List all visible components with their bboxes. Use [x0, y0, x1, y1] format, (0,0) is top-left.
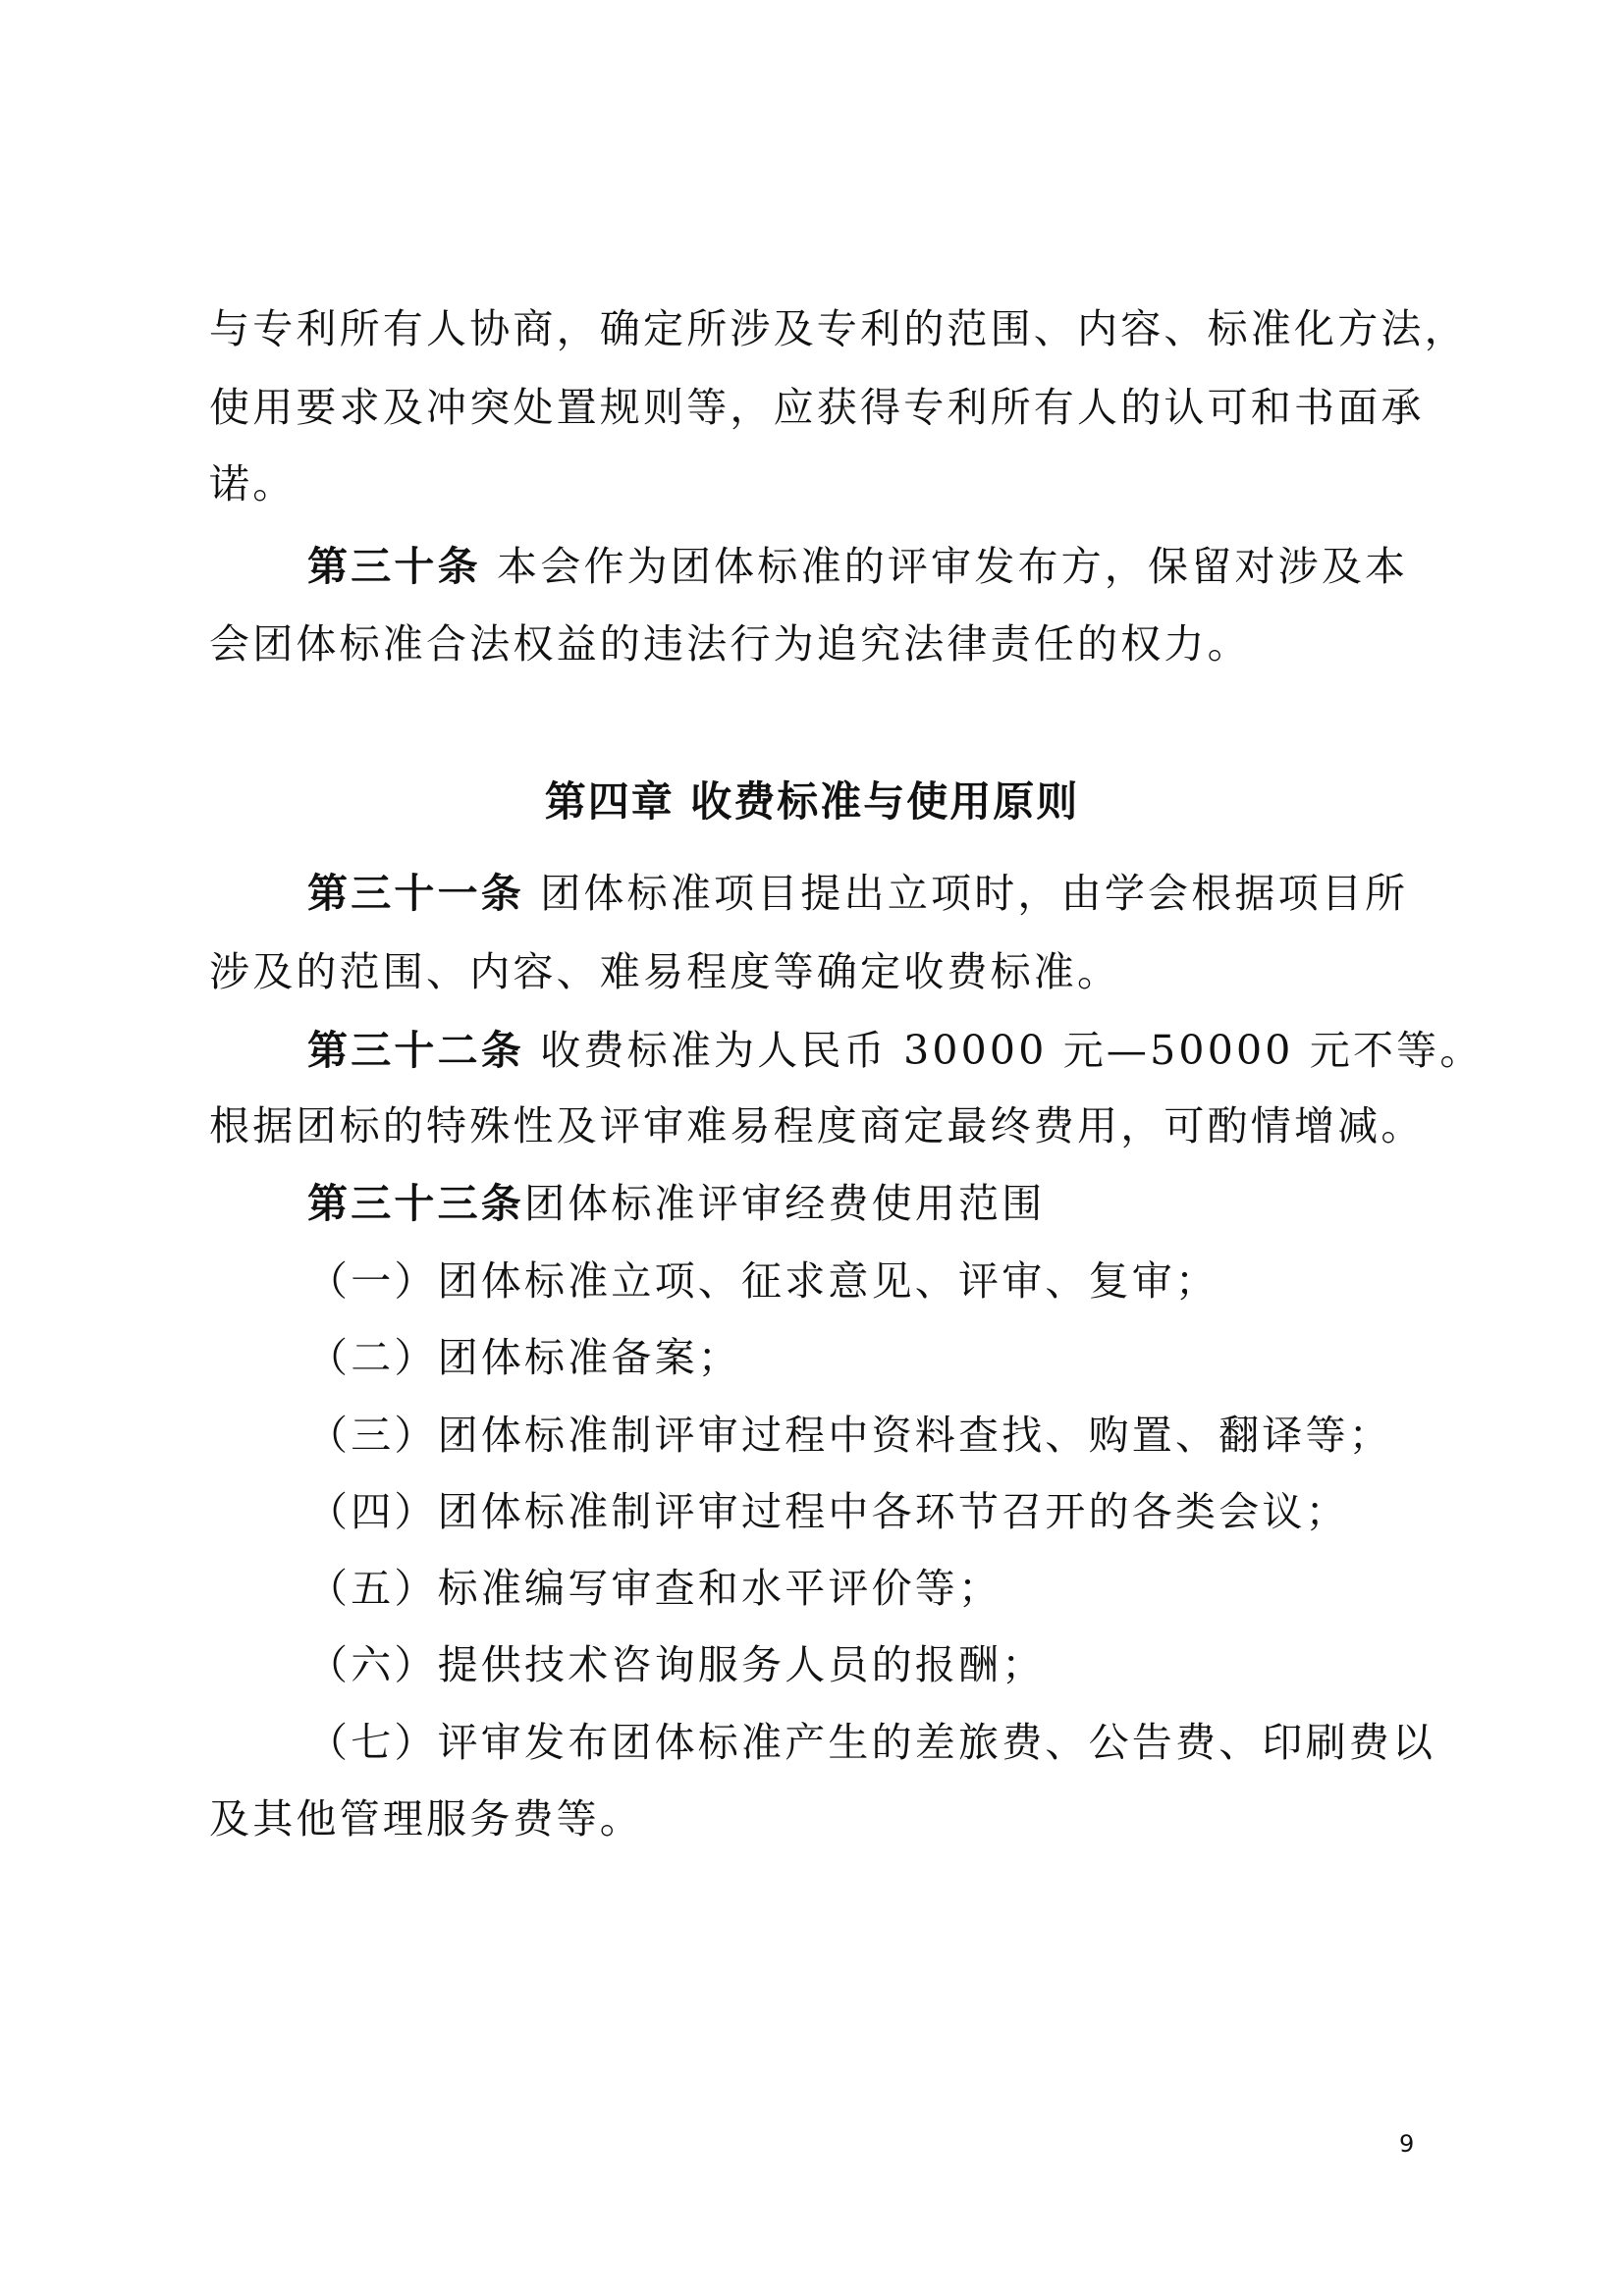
- paragraph-line: 涉及的范围、内容、难易程度等确定收费标准。: [209, 942, 1427, 1001]
- list-item: （四）团体标准制评审过程中各环节召开的各类会议；: [307, 1482, 1525, 1541]
- article-label: 第三十二条: [307, 1027, 524, 1074]
- paragraph-line: 与专利所有人协商，确定所涉及专利的范围、内容、标准化方法，: [209, 299, 1427, 358]
- article-32: 第三十二条 收费标准为人民币 30000 元—50000 元不等。: [307, 1021, 1525, 1080]
- article-text: 本会作为团体标准的评审发布方，保留对涉及本: [481, 543, 1408, 590]
- page-number: 9: [1399, 2130, 1414, 2158]
- list-item: （三）团体标准制评审过程中资料查找、购置、翻译等；: [307, 1406, 1525, 1465]
- paragraph-line: 根据团标的特殊性及评审难易程度商定最终费用，可酌情增减。: [209, 1096, 1427, 1155]
- paragraph-line: 会团体标准合法权益的违法行为追究法律责任的权力。: [209, 614, 1427, 673]
- article-label: 第三十条: [307, 543, 481, 590]
- article-text: 收费标准为人民币 30000 元—50000 元不等。: [524, 1027, 1484, 1074]
- chapter-title: 第四章 收费标准与使用原则: [0, 773, 1624, 831]
- list-item: （一）团体标准立项、征求意见、评审、复审；: [307, 1252, 1525, 1310]
- list-item: （七）评审发布团体标准产生的差旅费、公告费、印刷费以: [307, 1713, 1525, 1772]
- article-31: 第三十一条 团体标准项目提出立项时，由学会根据项目所: [307, 864, 1525, 923]
- article-33: 第三十三条团体标准评审经费使用范围: [307, 1174, 1525, 1233]
- list-item: （五）标准编写审查和水平评价等；: [307, 1559, 1525, 1618]
- paragraph-line: 诺。: [209, 454, 1427, 513]
- paragraph-line: 使用要求及冲突处置规则等，应获得专利所有人的认可和书面承: [209, 378, 1427, 437]
- article-label: 第三十一条: [307, 870, 524, 917]
- paragraph-line: 及其他管理服务费等。: [209, 1789, 1427, 1848]
- article-30: 第三十条 本会作为团体标准的评审发布方，保留对涉及本: [307, 537, 1525, 596]
- list-item: （六）提供技术咨询服务人员的报酬；: [307, 1635, 1525, 1694]
- article-label: 第三十三条: [307, 1180, 524, 1227]
- article-text: 团体标准评审经费使用范围: [524, 1180, 1045, 1227]
- article-text: 团体标准项目提出立项时，由学会根据项目所: [524, 870, 1408, 917]
- document-page: 与专利所有人协商，确定所涉及专利的范围、内容、标准化方法， 使用要求及冲突处置规…: [0, 0, 1624, 2296]
- list-item: （二）团体标准备案；: [307, 1328, 1525, 1387]
